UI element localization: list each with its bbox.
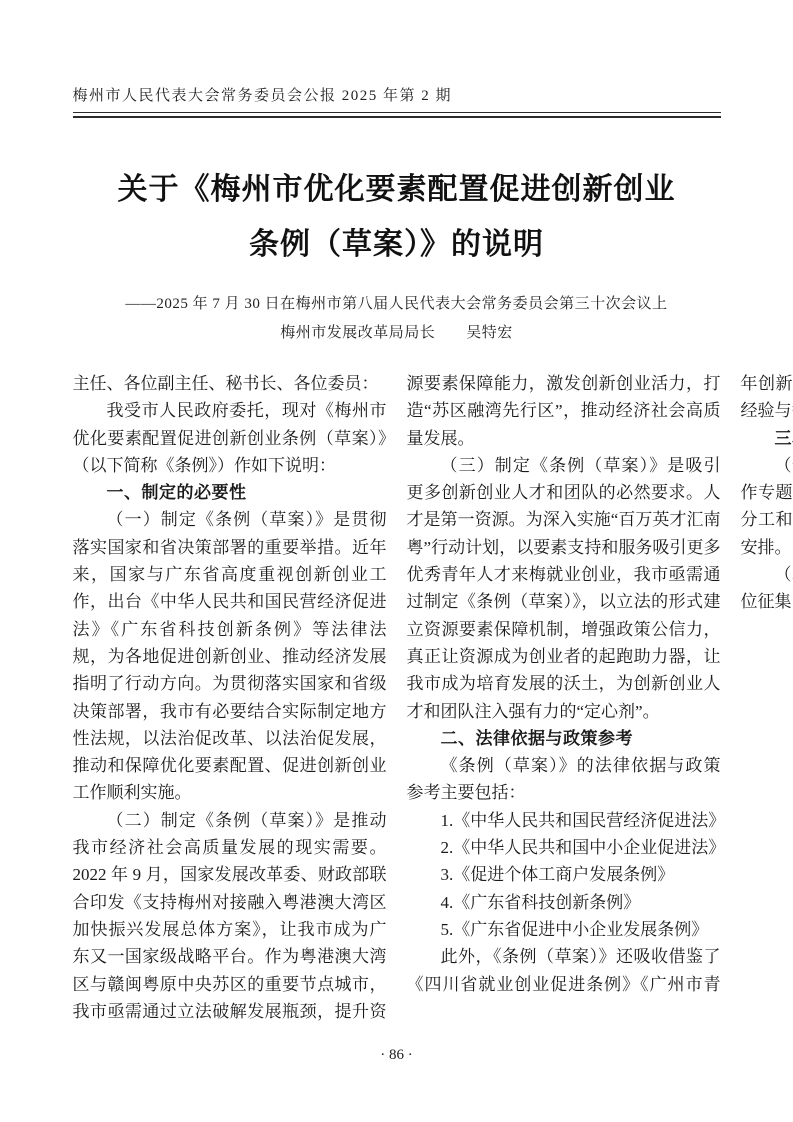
speaker-byline: 梅州市发展改革局局长 吴特宏 [73,321,721,342]
section-heading: 三、起草过程 [741,425,793,452]
document-page: 梅州市人民代表大会常务委员会公报 2025 年第 2 期 关于《梅州市优化要素配… [0,0,793,1122]
body-paragraph: 4.《广东省科技创新条例》 [407,889,721,916]
page-content: 梅州市人民代表大会常务委员会公报 2025 年第 2 期 关于《梅州市优化要素配… [73,0,721,1026]
document-title: 关于《梅州市优化要素配置促进创新创业 条例（草案）》的说明 [73,162,721,272]
body-paragraph: 主任、各位副主任、秘书长、各位委员： [73,370,387,397]
body-paragraph: （二）2025 年 3 月，我局向市有关单位征集 [741,561,793,616]
document-title-line2: 条例（草案）》的说明 [73,217,721,272]
meeting-subtitle: ——2025 年 7 月 30 日在梅州市第八届人民代表大会常务委员会第三十次会… [73,292,721,313]
body-paragraph: 3.《促进个体工商户发展条例》 [407,861,721,888]
body-columns: 主任、各位副主任、秘书长、各位委员：我受市人民政府委托，现对《梅州市优化要素配置… [73,370,721,1026]
section-heading: 一、制定的必要性 [73,479,387,506]
body-paragraph: 5.《广东省促进中小企业发展条例》 [407,916,721,943]
body-paragraph: 1.《中华人民共和国民营经济促进法》 [407,807,721,834]
body-paragraph: （一）制定《条例（草案）》是贯彻落实国家和省决策部署的重要举措。近年来，国家与广… [73,506,387,806]
body-paragraph: （三）制定《条例（草案）》是吸引更多创新创业人才和团队的必然要求。人才是第一资源… [407,452,721,725]
body-paragraph: 《条例（草案）》的法律依据与政策参考主要包括： [407,752,721,807]
body-paragraph: （一）2025 年 3 月，我局召开立法工作专题会，研究讨论起草工作，明确任务分… [741,452,793,561]
page-number: · 86 · [0,1047,793,1064]
document-title-line1: 关于《梅州市优化要素配置促进创新创业 [73,162,721,217]
header-rule [73,112,721,118]
body-paragraph: 我受市人民政府委托，现对《梅州市优化要素配置促进创新创业条例（草案）》（以下简称… [73,397,387,479]
section-heading: 二、法律依据与政策参考 [407,725,721,752]
body-paragraph: 2.《中华人民共和国中小企业促进法》 [407,834,721,861]
bulletin-header: 梅州市人民代表大会常务委员会公报 2025 年第 2 期 [73,0,721,105]
